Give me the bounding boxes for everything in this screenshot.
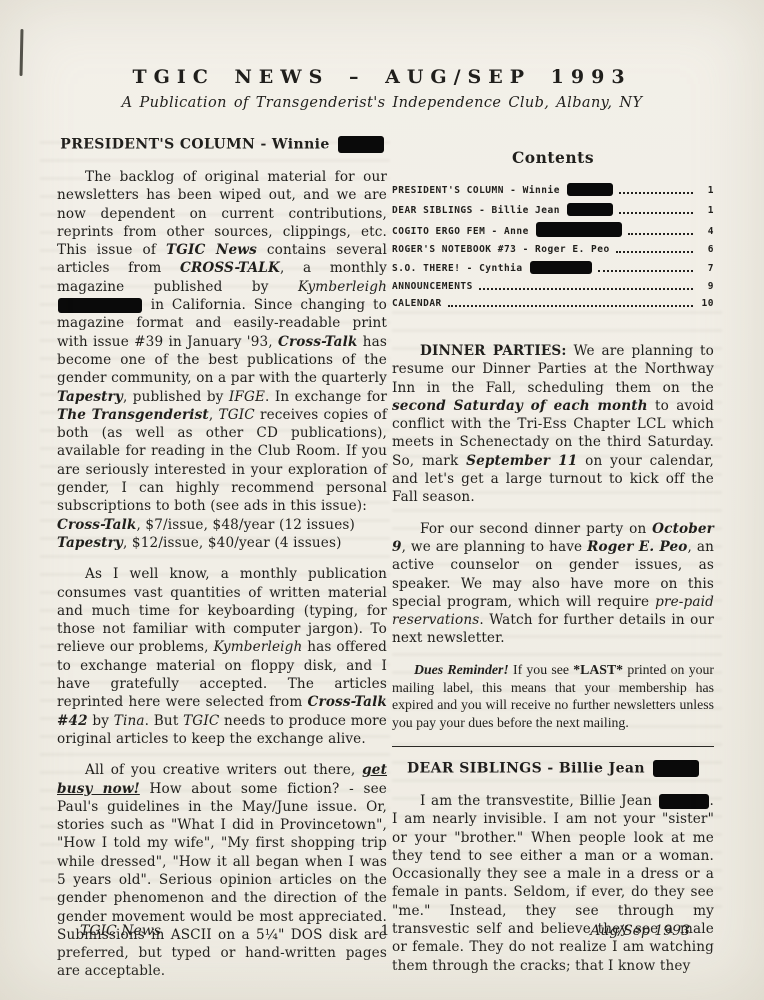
toc-dot-leader <box>448 305 693 307</box>
text-run: . In exchange for <box>265 389 387 405</box>
redaction-box <box>530 261 592 274</box>
toc-entry-label: ROGER'S NOTEBOOK #73 - Roger E. Peo <box>392 244 610 255</box>
toc-entry: S.O. THERE! - Cynthia 7 <box>392 261 714 274</box>
text-run: Cross-Talk <box>278 334 357 350</box>
redaction-box <box>653 760 699 777</box>
toc-entry-label: ANNOUNCEMENTS <box>392 281 473 292</box>
text-run: by <box>88 713 114 729</box>
toc-dot-leader <box>619 192 693 194</box>
text-run: IFGE <box>229 389 265 405</box>
table-of-contents: PRESIDENT'S COLUMN - Winnie 1 DEAR SIBLI… <box>392 183 714 309</box>
dear-siblings-heading: DEAR SIBLINGS - Billie Jean <box>392 760 714 777</box>
text-run: *LAST* <box>573 662 623 677</box>
toc-entry-label: PRESIDENT'S COLUMN - Winnie <box>392 185 560 196</box>
text-run: How about some fiction? - see Paul's gui… <box>57 781 387 980</box>
toc-dot-leader <box>598 270 693 272</box>
presidents-column-paragraph-3: All of you creative writers out there, g… <box>57 761 387 981</box>
text-run: . But <box>145 713 183 729</box>
redaction-box <box>338 136 384 153</box>
dinner-parties-paragraph-2: For our second dinner party on October 9… <box>392 520 714 648</box>
toc-dot-leader <box>479 288 693 290</box>
toc-entry-page: 7 <box>698 263 714 274</box>
text-run: Tapestry <box>57 389 123 405</box>
text-run: Cross-Talk <box>57 517 136 533</box>
text-run: , $7/issue, $48/year (12 issues) <box>136 517 355 533</box>
newsletter-subtitle: A Publication of Transgenderist's Indepe… <box>0 95 764 111</box>
text-run: If you see <box>509 662 574 677</box>
redaction-box <box>567 183 613 196</box>
text-run: Tapestry <box>57 535 123 551</box>
toc-entry: DEAR SIBLINGS - Billie Jean 1 <box>392 203 714 216</box>
toc-entry-page: 4 <box>698 226 714 237</box>
page-footer: TGIC News 1 Aug/Sep 1993 <box>80 923 690 939</box>
redaction-box <box>536 222 622 237</box>
dinner-parties-paragraph-1: DINNER PARTIES: We are planning to resum… <box>392 342 714 507</box>
right-column: Contents PRESIDENT'S COLUMN - Winnie 1 D… <box>392 148 714 988</box>
text-run: second Saturday of each month <box>392 398 648 414</box>
text-run: CROSS-TALK <box>180 260 280 276</box>
presidents-column-paragraph-2: As I well know, a monthly publication co… <box>57 565 387 748</box>
toc-entry-label: DEAR SIBLINGS - Billie Jean <box>392 205 560 216</box>
newsletter-header: TGIC NEWS – AUG/SEP 1993 A Publication o… <box>0 66 764 111</box>
text-run: TGIC News <box>166 242 257 258</box>
text-run: For our second dinner party on <box>420 521 652 537</box>
text-run: TGIC <box>183 713 219 729</box>
left-column: PRESIDENT'S COLUMN - Winnie The backlog … <box>57 136 387 994</box>
toc-entry-page: 1 <box>698 185 714 196</box>
text-run: DINNER PARTIES: <box>420 343 567 359</box>
text-run: , $12/issue, $40/year (4 issues) <box>123 535 342 551</box>
section-divider <box>392 746 714 747</box>
redaction-box <box>58 298 142 313</box>
text-run: Kymberleigh <box>298 279 387 295</box>
dear-siblings-heading-text: DEAR SIBLINGS - Billie Jean <box>407 760 645 776</box>
toc-entry: CALENDAR 10 <box>392 298 714 309</box>
redaction-box <box>567 203 613 216</box>
toc-dot-leader <box>628 233 693 235</box>
toc-dot-leader <box>616 251 693 253</box>
text-run: TGIC <box>219 407 255 423</box>
text-run: , published by <box>123 389 229 405</box>
toc-entry: COGITO ERGO FEM - Anne 4 <box>392 222 714 237</box>
text-run: , <box>209 407 219 423</box>
text-run: September 11 <box>466 453 577 469</box>
toc-entry-label: S.O. THERE! - Cynthia <box>392 263 523 274</box>
newsletter-title: TGIC NEWS – AUG/SEP 1993 <box>0 66 764 88</box>
text-run: Tina <box>114 713 145 729</box>
text-run: All of you creative writers out there, <box>85 762 362 778</box>
text-run: , we are planning to have <box>402 539 588 555</box>
toc-entry: PRESIDENT'S COLUMN - Winnie 1 <box>392 183 714 196</box>
toc-entry-label: COGITO ERGO FEM - Anne <box>392 226 529 237</box>
text-run: The Transgenderist <box>57 407 209 423</box>
footer-issue-date: Aug/Sep 1993 <box>590 923 690 939</box>
text-run: I am the transvestite, Billie Jean <box>420 793 658 809</box>
toc-entry: ROGER'S NOTEBOOK #73 - Roger E. Peo 6 <box>392 244 714 255</box>
toc-entry-page: 9 <box>698 281 714 292</box>
redaction-box <box>659 794 709 809</box>
presidents-column-heading: PRESIDENT'S COLUMN - Winnie <box>57 136 387 153</box>
dear-siblings-paragraph-1: I am the transvestite, Billie Jean . I a… <box>392 792 714 975</box>
dues-reminder-paragraph: Dues Reminder! If you see *LAST* printed… <box>392 661 714 732</box>
contents-box: Contents PRESIDENT'S COLUMN - Winnie 1 D… <box>392 148 714 309</box>
toc-dot-leader <box>619 212 693 214</box>
toc-entry-page: 1 <box>698 205 714 216</box>
presidents-column-paragraph-1: The backlog of original material for our… <box>57 168 387 552</box>
footer-page-number: 1 <box>381 923 390 939</box>
text-run: Kymberleigh <box>213 639 302 655</box>
text-run: Roger E. Peo <box>587 539 687 555</box>
footer-newsletter-name: TGIC News <box>80 923 161 939</box>
toc-entry-page: 6 <box>698 244 714 255</box>
text-run: Dues Reminder! <box>414 662 509 677</box>
toc-entry-page: 10 <box>698 298 714 309</box>
presidents-column-heading-text: PRESIDENT'S COLUMN - Winnie <box>60 137 329 153</box>
toc-entry-label: CALENDAR <box>392 298 442 309</box>
text-run: . I am nearly invisible. I am not your "… <box>392 793 714 974</box>
toc-entry: ANNOUNCEMENTS 9 <box>392 281 714 292</box>
contents-title: Contents <box>392 148 714 167</box>
